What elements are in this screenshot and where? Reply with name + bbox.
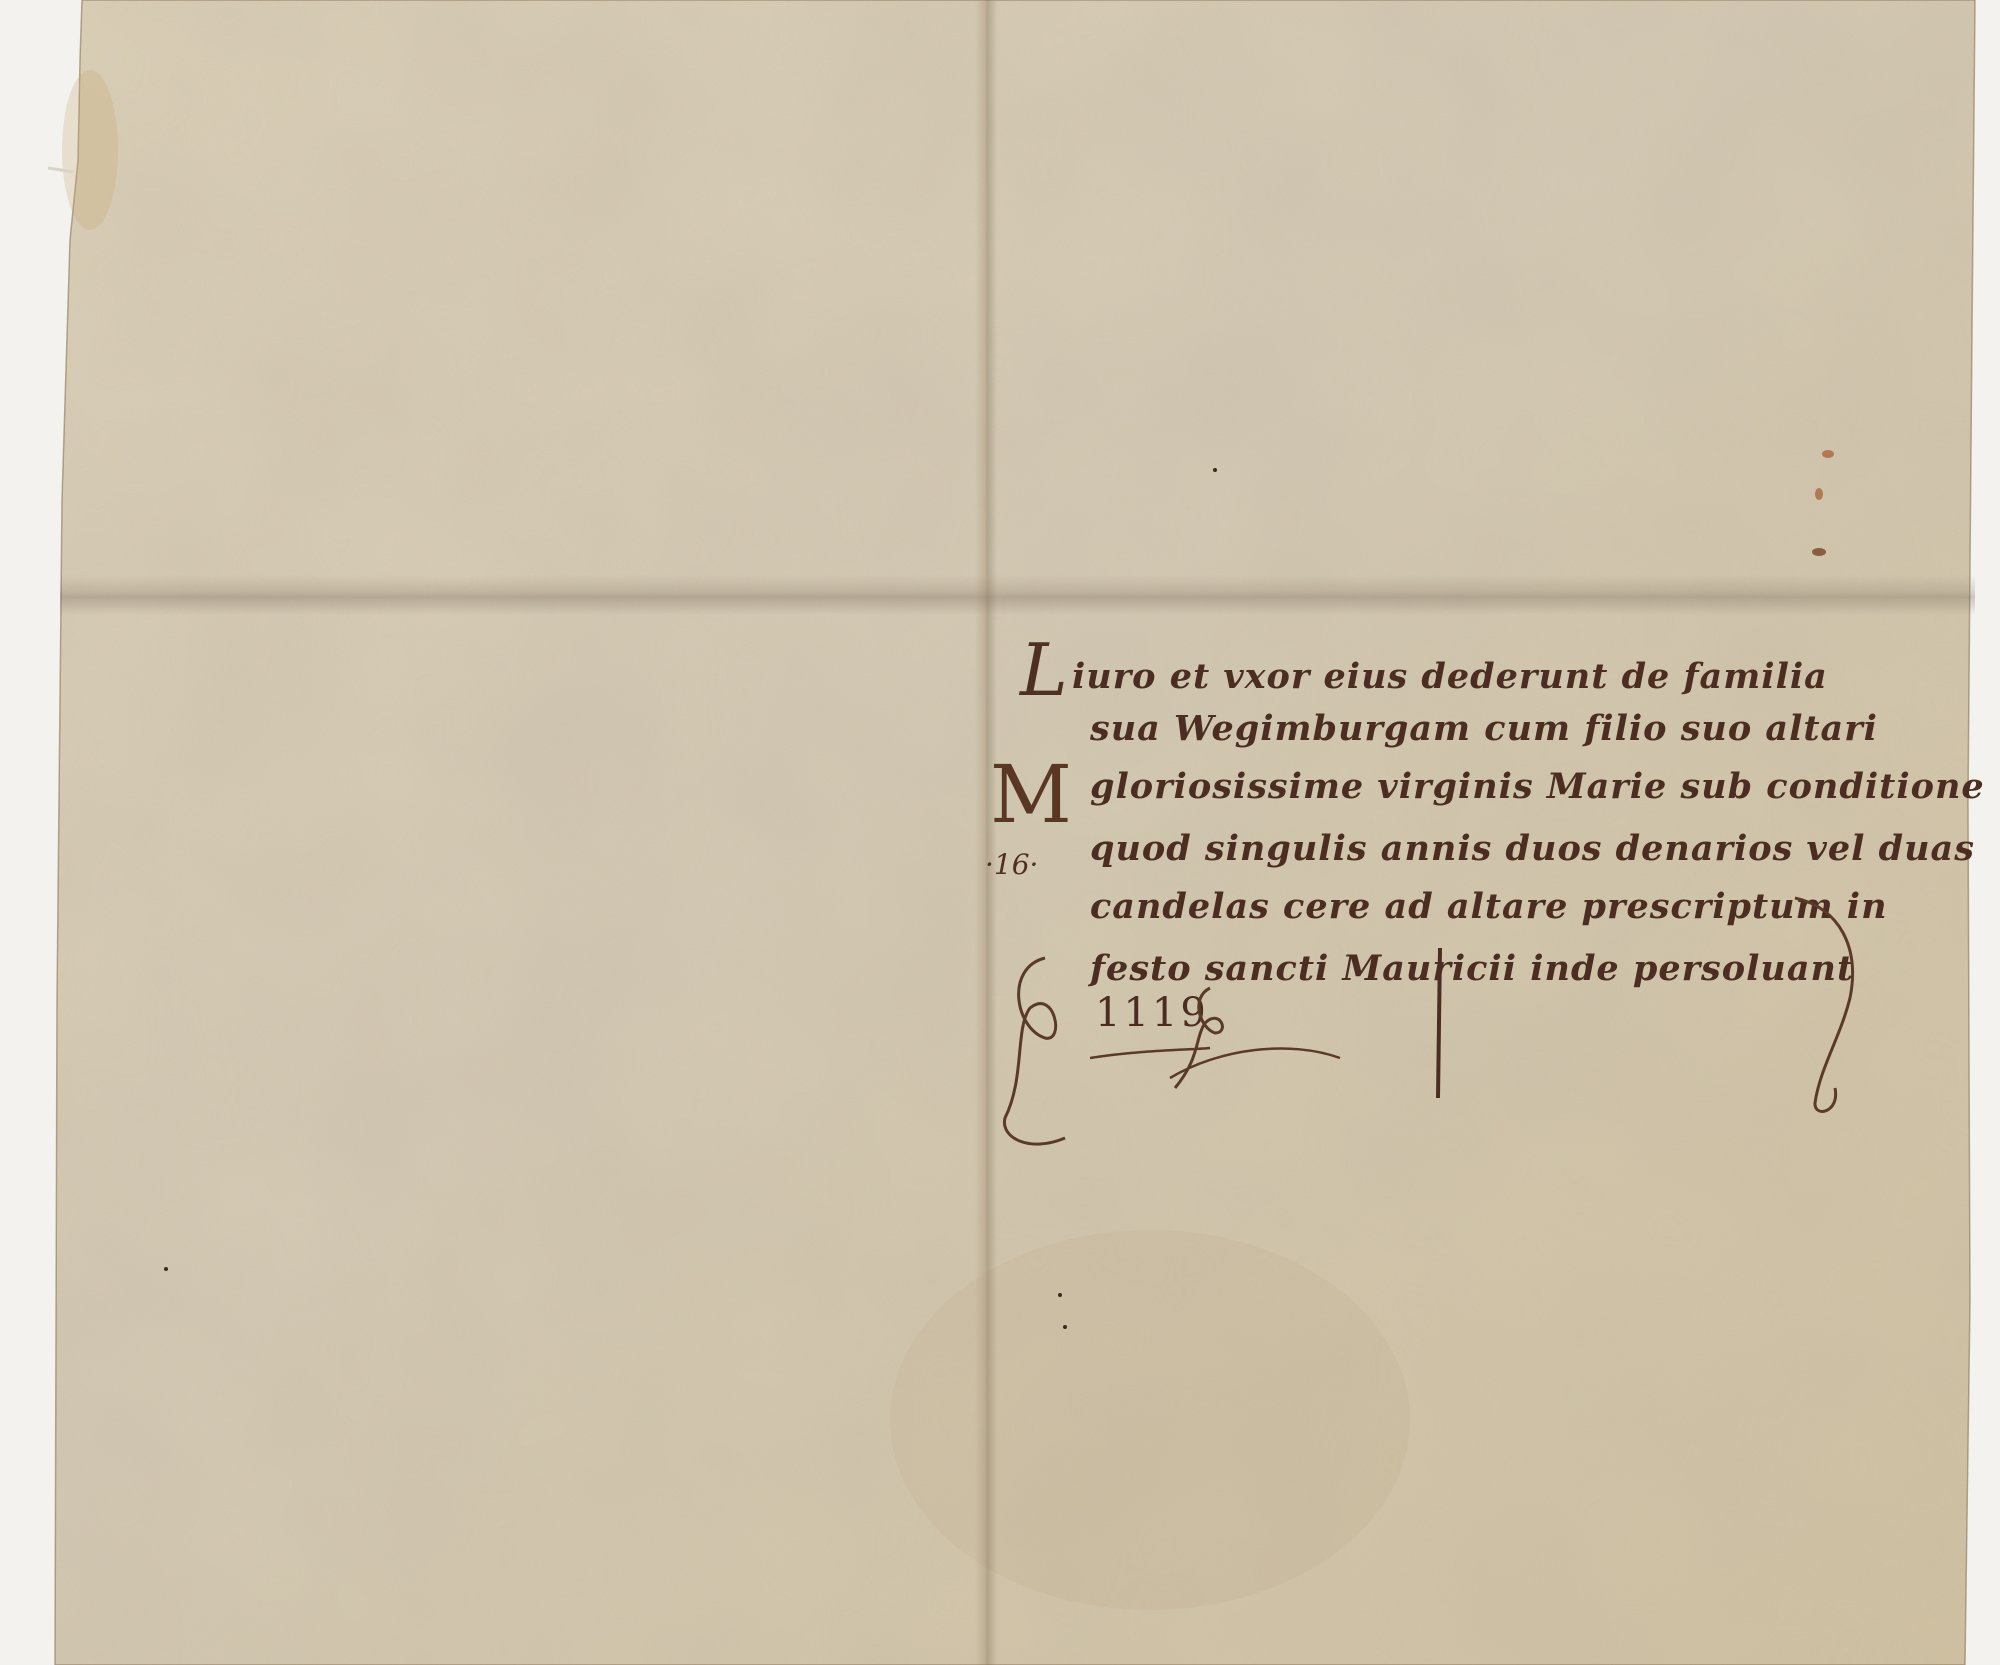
decorated-initial-l: L	[1020, 628, 1068, 712]
horizontal-fold-line	[60, 575, 1975, 615]
stitch-hole	[1815, 488, 1823, 500]
margin-numeral: ·16·	[985, 848, 1038, 881]
descender-stroke	[1420, 948, 1460, 1108]
ink-fleck	[1213, 468, 1217, 472]
ink-fleck	[164, 1267, 168, 1271]
ink-fleck	[1063, 1325, 1067, 1329]
paraph-flourish-left	[985, 948, 1105, 1168]
text-line-3: gloriosissime virginis Marie sub conditi…	[1090, 766, 1985, 807]
stitch-hole	[1812, 548, 1826, 556]
decorated-initial-m: M	[990, 748, 1072, 841]
text-line-4: quod singulis annis duos denarios vel du…	[1090, 828, 1975, 869]
stitch-hole	[1822, 450, 1834, 458]
ink-fleck	[1058, 1293, 1062, 1297]
text-line-2: sua Wegimburgam cum filio suo altari	[1090, 708, 1878, 749]
underline-flourish	[1090, 1038, 1350, 1098]
text-line-1: iuro et vxor eius dederunt de familia	[1072, 656, 1828, 697]
text-line-5: candelas cere ad altare prescriptum in	[1090, 886, 1888, 927]
paraph-flourish-right	[1780, 888, 1900, 1128]
